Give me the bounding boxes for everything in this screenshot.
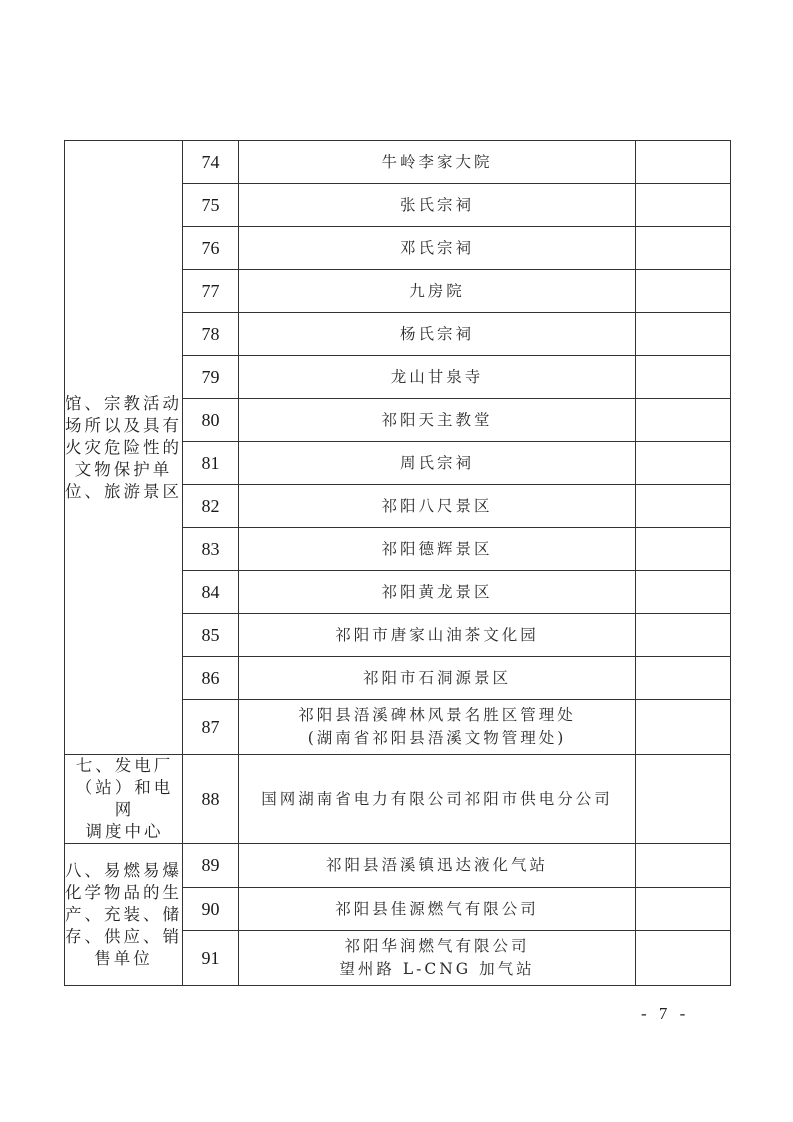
units-table: 馆、宗教活动 场所以及具有 火灾危险性的 文物保护单 位、旅游景区 74 牛岭李…: [64, 140, 731, 986]
note-cell: [636, 700, 731, 755]
note-cell: [636, 657, 731, 700]
row-number: 89: [183, 844, 239, 888]
row-number: 79: [183, 356, 239, 399]
category-cell: 七、发电厂 （站）和电网 调度中心: [65, 755, 183, 844]
note-cell: [636, 755, 731, 844]
category-cell: 八、易燃易爆 化学物品的生 产、充装、储 存、供应、销 售单位: [65, 844, 183, 986]
row-number: 78: [183, 313, 239, 356]
document-page: 馆、宗教活动 场所以及具有 火灾危险性的 文物保护单 位、旅游景区 74 牛岭李…: [0, 0, 793, 1122]
unit-name: 祁阳市石洞源景区: [239, 657, 636, 700]
note-cell: [636, 888, 731, 931]
unit-name: 周氏宗祠: [239, 442, 636, 485]
unit-name: 祁阳天主教堂: [239, 399, 636, 442]
row-number: 74: [183, 141, 239, 184]
row-number: 84: [183, 571, 239, 614]
page-number: - 7 -: [641, 1004, 689, 1024]
note-cell: [636, 227, 731, 270]
row-number: 90: [183, 888, 239, 931]
unit-name: 祁阳县佳源燃气有限公司: [239, 888, 636, 931]
row-number: 76: [183, 227, 239, 270]
row-number: 81: [183, 442, 239, 485]
table-row: 八、易燃易爆 化学物品的生 产、充装、储 存、供应、销 售单位 89 祁阳县浯溪…: [65, 844, 731, 888]
note-cell: [636, 313, 731, 356]
row-number: 75: [183, 184, 239, 227]
table-row: 馆、宗教活动 场所以及具有 火灾危险性的 文物保护单 位、旅游景区 74 牛岭李…: [65, 141, 731, 184]
row-number: 77: [183, 270, 239, 313]
note-cell: [636, 141, 731, 184]
table-row: 七、发电厂 （站）和电网 调度中心 88 国网湖南省电力有限公司祁阳市供电分公司: [65, 755, 731, 844]
note-cell: [636, 442, 731, 485]
unit-name: 祁阳县浯溪镇迅达液化气站: [239, 844, 636, 888]
note-cell: [636, 485, 731, 528]
unit-name: 邓氏宗祠: [239, 227, 636, 270]
row-number: 85: [183, 614, 239, 657]
row-number: 83: [183, 528, 239, 571]
unit-name: 杨氏宗祠: [239, 313, 636, 356]
note-cell: [636, 844, 731, 888]
unit-name: 国网湖南省电力有限公司祁阳市供电分公司: [239, 755, 636, 844]
row-number: 87: [183, 700, 239, 755]
unit-name: 张氏宗祠: [239, 184, 636, 227]
unit-name: 祁阳黄龙景区: [239, 571, 636, 614]
note-cell: [636, 931, 731, 986]
note-cell: [636, 184, 731, 227]
category-cell: 馆、宗教活动 场所以及具有 火灾危险性的 文物保护单 位、旅游景区: [65, 141, 183, 755]
row-number: 82: [183, 485, 239, 528]
unit-name: 祁阳县浯溪碑林风景名胜区管理处 (湖南省祁阳县浯溪文物管理处): [239, 700, 636, 755]
unit-name: 龙山甘泉寺: [239, 356, 636, 399]
note-cell: [636, 528, 731, 571]
row-number: 80: [183, 399, 239, 442]
note-cell: [636, 614, 731, 657]
unit-name: 祁阳八尺景区: [239, 485, 636, 528]
row-number: 88: [183, 755, 239, 844]
unit-name: 祁阳市唐家山油茶文化园: [239, 614, 636, 657]
note-cell: [636, 270, 731, 313]
note-cell: [636, 399, 731, 442]
unit-name: 牛岭李家大院: [239, 141, 636, 184]
note-cell: [636, 356, 731, 399]
row-number: 86: [183, 657, 239, 700]
unit-name: 祁阳德辉景区: [239, 528, 636, 571]
unit-name: 祁阳华润燃气有限公司 望州路 L-CNG 加气站: [239, 931, 636, 986]
note-cell: [636, 571, 731, 614]
unit-name: 九房院: [239, 270, 636, 313]
row-number: 91: [183, 931, 239, 986]
